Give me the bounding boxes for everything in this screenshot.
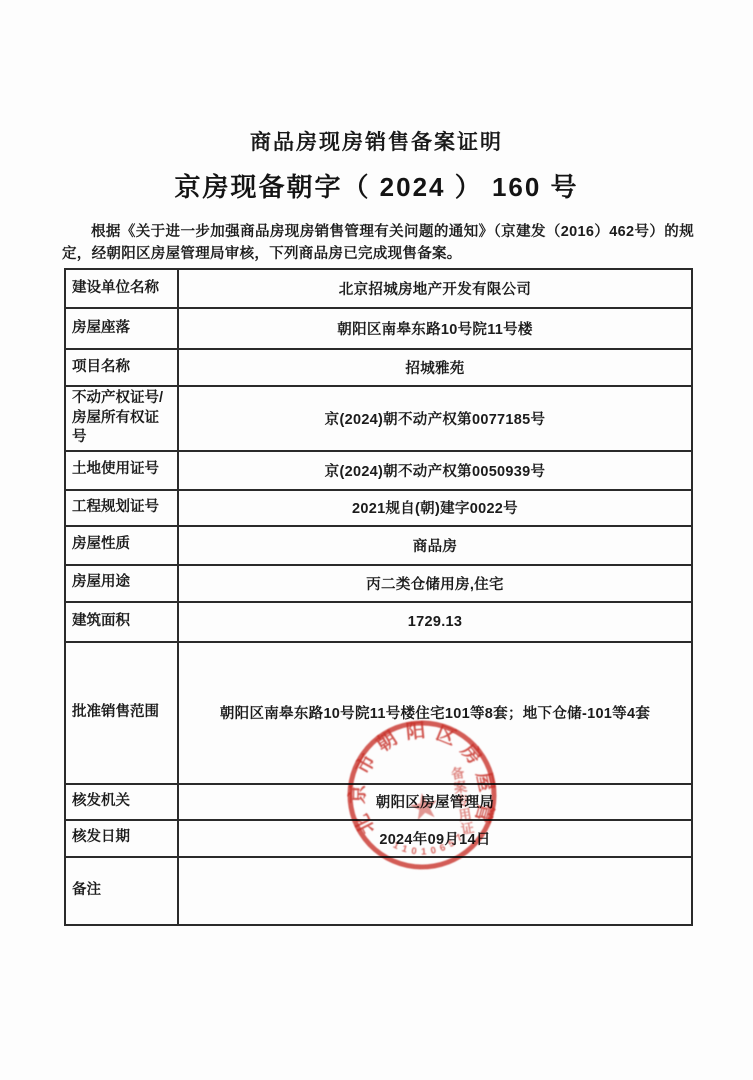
field-value	[178, 857, 692, 925]
field-value: 2024年09月14日	[178, 820, 692, 857]
table-row: 批准销售范围 朝阳区南皋东路10号院11号楼住宅101等8套；地下仓储-101等…	[65, 642, 692, 784]
table-row: 工程规划证号 2021规自(朝)建字0022号	[65, 490, 692, 526]
table-row: 项目名称 招城雅苑	[65, 349, 692, 386]
table-row: 房屋用途 丙二类仓储用房,住宅	[65, 565, 692, 602]
table-row: 建筑面积 1729.13	[65, 602, 692, 642]
doc-title: 商品房现房销售备案证明	[0, 126, 753, 156]
field-label: 土地使用证号	[65, 451, 178, 490]
field-label: 房屋座落	[65, 308, 178, 349]
field-value: 京(2024)朝不动产权第0077185号	[178, 386, 692, 451]
field-label: 工程规划证号	[65, 490, 178, 526]
document-page: 商品房现房销售备案证明 京房现备朝字（ 2024 ） 160 号 根据《关于进一…	[0, 0, 753, 1080]
info-table: 建设单位名称 北京招城房地产开发有限公司 房屋座落 朝阳区南皋东路10号院11号…	[64, 268, 693, 926]
table-row: 建设单位名称 北京招城房地产开发有限公司	[65, 269, 692, 308]
field-value: 朝阳区房屋管理局	[178, 784, 692, 820]
field-value: 京(2024)朝不动产权第0050939号	[178, 451, 692, 490]
table-row: 土地使用证号 京(2024)朝不动产权第0050939号	[65, 451, 692, 490]
field-label: 房屋性质	[65, 526, 178, 565]
field-label: 备注	[65, 857, 178, 925]
field-label: 建设单位名称	[65, 269, 178, 308]
field-label: 不动产权证号/ 房屋所有权证号	[65, 386, 178, 451]
table-row: 不动产权证号/ 房屋所有权证号 京(2024)朝不动产权第0077185号	[65, 386, 692, 451]
doc-number: 京房现备朝字（ 2024 ） 160 号	[0, 167, 753, 204]
field-label: 建筑面积	[65, 602, 178, 642]
field-value: 招城雅苑	[178, 349, 692, 386]
field-label: 项目名称	[65, 349, 178, 386]
field-value: 2021规自(朝)建字0022号	[178, 490, 692, 526]
field-value: 朝阳区南皋东路10号院11号楼	[178, 308, 692, 349]
table-row: 房屋座落 朝阳区南皋东路10号院11号楼	[65, 308, 692, 349]
field-value: 朝阳区南皋东路10号院11号楼住宅101等8套；地下仓储-101等4套	[178, 642, 692, 784]
table-row: 备注	[65, 857, 692, 925]
field-label: 批准销售范围	[65, 642, 178, 784]
field-value: 商品房	[178, 526, 692, 565]
field-label: 核发机关	[65, 784, 178, 820]
table-row: 房屋性质 商品房	[65, 526, 692, 565]
intro-paragraph: 根据《关于进一步加强商品房现房销售管理有关问题的通知》（京建发（2016）462…	[62, 221, 694, 266]
table-row: 核发日期 2024年09月14日	[65, 820, 692, 857]
field-label: 核发日期	[65, 820, 178, 857]
field-label: 房屋用途	[65, 565, 178, 602]
table-row: 核发机关 朝阳区房屋管理局	[65, 784, 692, 820]
field-value: 1729.13	[178, 602, 692, 642]
field-value: 丙二类仓储用房,住宅	[178, 565, 692, 602]
field-value: 北京招城房地产开发有限公司	[178, 269, 692, 308]
